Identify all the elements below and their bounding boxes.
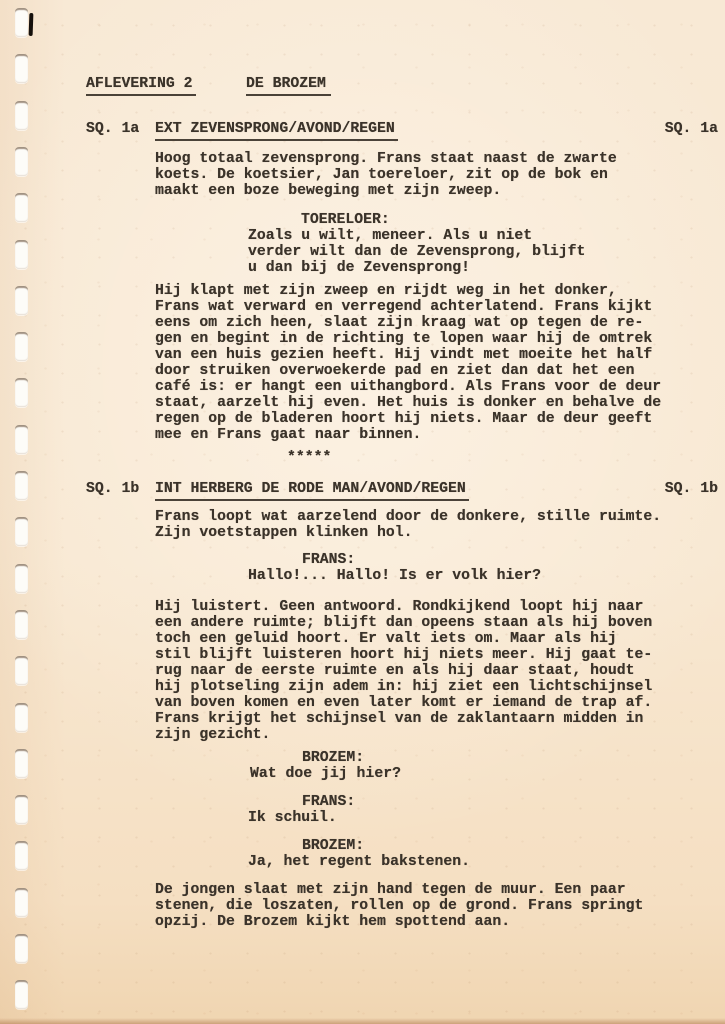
binding-hole	[15, 378, 28, 407]
script-page: AFLEVERING 2 DE BROZEM SQ. 1a EXT ZEVENS…	[0, 0, 725, 1024]
page-bottom-edge	[0, 1018, 725, 1024]
binding-hole	[15, 240, 28, 269]
binding-hole	[15, 934, 28, 963]
binding-hole	[15, 332, 28, 361]
binding-hole	[15, 471, 28, 500]
binding-hole	[15, 980, 28, 1009]
character-cue-brozem-2: BROZEM:	[302, 838, 364, 854]
scene-1b-heading: INT HERBERG DE RODE MAN/AVOND/REGEN	[155, 481, 469, 501]
character-cue-toereloer: TOERELOER:	[301, 212, 390, 228]
binding-hole	[15, 147, 28, 176]
binding-hole	[15, 888, 28, 917]
scene-1b-number-right: SQ. 1b	[665, 481, 718, 497]
binding-hole	[15, 8, 28, 37]
binding-hole	[15, 286, 28, 315]
binding-hole	[15, 517, 28, 546]
binding-hole	[15, 54, 28, 83]
binding-hole	[15, 749, 28, 778]
pen-mark	[29, 13, 34, 36]
binding-hole	[15, 656, 28, 685]
scene-separator: *****	[287, 450, 331, 466]
binding-hole	[15, 610, 28, 639]
action-paragraph-2: Hij klapt met zijn zweep en rijdt weg in…	[155, 283, 661, 443]
binding-hole	[15, 703, 28, 732]
binding-hole	[15, 101, 28, 130]
dialogue-toereloer: Zoals u wilt, meneer. Als u niet verder …	[248, 228, 585, 276]
binding-hole	[15, 564, 28, 593]
action-paragraph-3: Frans loopt wat aarzelend door de donker…	[155, 509, 661, 541]
scene-1b-number-left: SQ. 1b	[86, 481, 139, 497]
binding-hole	[15, 841, 28, 870]
scene-1a-number-left: SQ. 1a	[86, 121, 139, 137]
character-cue-frans-2: FRANS:	[302, 794, 355, 810]
dialogue-frans-2: Ik schuil.	[248, 810, 337, 826]
action-paragraph-5: De jongen slaat met zijn hand tegen de m…	[155, 882, 643, 930]
character-cue-frans-1: FRANS:	[302, 552, 355, 568]
binding-hole	[15, 425, 28, 454]
dialogue-brozem-1: Wat doe jij hier?	[250, 766, 401, 782]
episode-number: AFLEVERING 2	[86, 76, 196, 96]
character-cue-brozem-1: BROZEM:	[302, 750, 364, 766]
action-paragraph-1: Hoog totaal zevensprong. Frans staat naa…	[155, 151, 617, 199]
binding-hole	[15, 193, 28, 222]
scene-1a-heading: EXT ZEVENSPRONG/AVOND/REGEN	[155, 121, 398, 141]
action-paragraph-4: Hij luistert. Geen antwoord. Rondkijkend…	[155, 599, 652, 743]
scene-1a-number-right: SQ. 1a	[665, 121, 718, 137]
dialogue-frans-1: Hallo!... Hallo! Is er volk hier?	[248, 568, 541, 584]
dialogue-brozem-2: Ja, het regent bakstenen.	[248, 854, 470, 870]
binding-hole	[15, 795, 28, 824]
episode-title: DE BROZEM	[246, 76, 331, 96]
